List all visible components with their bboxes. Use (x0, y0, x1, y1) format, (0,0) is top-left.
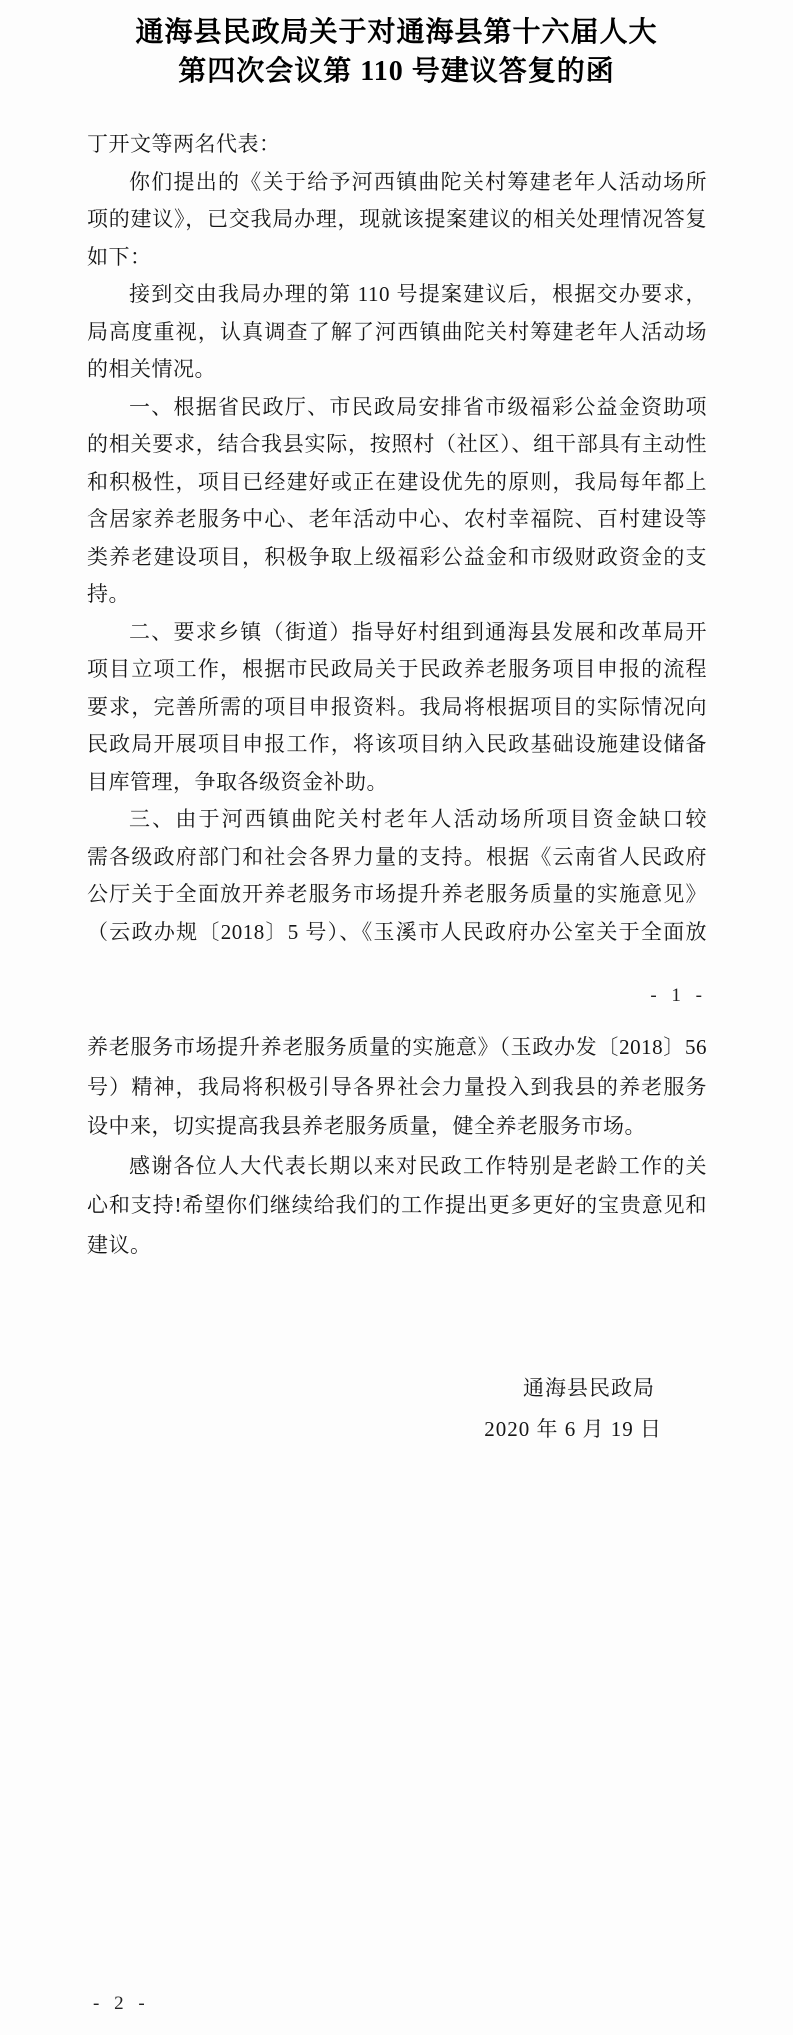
body-line: 和积极性，项目已经建好或正在建设优先的原则，我局每年都上报 (87, 464, 707, 502)
body-line: 需各级政府部门和社会各界力量的支持。根据《云南省人民政府办 (87, 839, 707, 877)
signature-block: 通海县民政局 2020 年 6 月 19 日 (484, 1368, 662, 1450)
page-number-1: - 1 - (650, 985, 707, 1007)
document-title-line-2: 第四次会议第 110 号建议答复的函 (0, 52, 793, 91)
body-line: 含居家养老服务中心、老年活动中心、农村幸福院、百村建设等各 (87, 501, 707, 539)
body-line: 的相关情况。 (87, 351, 707, 389)
document-page: 通海县民政局关于对通海县第十六届人大 第四次会议第 110 号建议答复的函 丁开… (0, 0, 793, 2035)
page-number-2: - 2 - (93, 1993, 150, 2015)
body-line: 要求，完善所需的项目申报资料。我局将根据项目的实际情况向市 (87, 689, 707, 727)
body-line: （云政办规〔2018〕5 号）、《玉溪市人民政府办公室关于全面放开 (87, 914, 707, 952)
page2-body: 养老服务市场提升养老服务质量的实施意》（玉政办发〔2018〕56 号）精神，我局… (87, 1028, 707, 1265)
body-line: 类养老建设项目，积极争取上级福彩公益金和市级财政资金的支 (87, 539, 707, 577)
body-line: 公厅关于全面放开养老服务市场提升养老服务质量的实施意见》 (87, 876, 707, 914)
body-line: 三、由于河西镇曲陀关村老年人活动场所项目资金缺口较大， (87, 801, 707, 839)
signature-date: 2020 年 6 月 19 日 (484, 1409, 662, 1450)
body-line: 一、根据省民政厅、市民政局安排省市级福彩公益金资助项目 (87, 389, 707, 427)
body-line: 项目立项工作，根据市民政局关于民政养老服务项目申报的流程及 (87, 651, 707, 689)
body-line: 感谢各位人大代表长期以来对民政工作特别是老龄工作的关 (87, 1147, 707, 1187)
body-line: 项的建议》，已交我局办理，现就该提案建议的相关处理情况答复 (87, 201, 707, 239)
body-line: 民政局开展项目申报工作，将该项目纳入民政基础设施建设储备项 (87, 726, 707, 764)
body-line: 的相关要求，结合我县实际，按照村（社区）、组干部具有主动性 (87, 426, 707, 464)
body-line: 二、要求乡镇（街道）指导好村组到通海县发展和改革局开展 (87, 614, 707, 652)
body-line: 局高度重视，认真调查了解了河西镇曲陀关村筹建老年人活动场所 (87, 314, 707, 352)
body-line: 设中来，切实提高我县养老服务质量，健全养老服务市场。 (87, 1107, 707, 1147)
body-line: 养老服务市场提升养老服务质量的实施意》（玉政办发〔2018〕56 (87, 1028, 707, 1068)
page1-body: 丁开文等两名代表： 你们提出的《关于给予河西镇曲陀关村筹建老年人活动场所立 项的… (87, 126, 707, 951)
body-line: 心和支持!希望你们继续给我们的工作提出更多更好的宝贵意见和 (87, 1186, 707, 1226)
salutation: 丁开文等两名代表： (87, 126, 707, 164)
signature-organization: 通海县民政局 (484, 1368, 662, 1409)
document-title: 通海县民政局关于对通海县第十六届人大 第四次会议第 110 号建议答复的函 (0, 0, 793, 91)
body-line: 接到交由我局办理的第 110 号提案建议后，根据交办要求，我 (87, 276, 707, 314)
body-line: 如下： (87, 239, 707, 277)
document-title-line-1: 通海县民政局关于对通海县第十六届人大 (0, 13, 793, 52)
body-line: 建议。 (87, 1226, 707, 1266)
body-line: 持。 (87, 576, 707, 614)
body-line: 号）精神，我局将积极引导各界社会力量投入到我县的养老服务建 (87, 1068, 707, 1108)
body-line: 你们提出的《关于给予河西镇曲陀关村筹建老年人活动场所立 (87, 164, 707, 202)
body-line: 目库管理，争取各级资金补助。 (87, 764, 707, 802)
